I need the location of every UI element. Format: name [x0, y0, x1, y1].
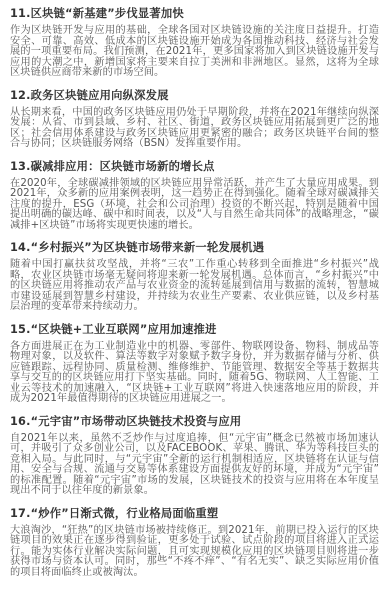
section-heading: 11.区块链“新基建”步伐显著加快	[10, 7, 379, 20]
section-14: 14.“乡村振兴”为区块链市场带来新一轮发展机遇 随着中国打赢扶贫攻坚战，并将“…	[10, 241, 379, 313]
section-17: 17.“炒作”日渐式微，行业格局面临重塑 大浪淘沙，“狂热”的区块链市场被持续修…	[10, 507, 379, 579]
section-heading: 16.“元宇宙”市场带动区块链技术投资与应用	[10, 415, 379, 428]
section-13: 13.碳减排应用：区块链市场新的增长点 在2020年，全球碳减排领域的区块链应用…	[10, 160, 379, 232]
section-body: 从长期来看，中国的政务区块链应用仍处于早期阶段，并将在2021年继续向纵深发展：…	[10, 108, 379, 150]
section-15: 15.“区块链+工业互联网”应用加速推进 各方面进展正在为工业制造业中的机器、零…	[10, 323, 379, 405]
section-16: 16.“元宇宙”市场带动区块链技术投资与应用 自2021年以来，虽然不乏炒作与过…	[10, 415, 379, 497]
section-heading: 15.“区块链+工业互联网”应用加速推进	[10, 323, 379, 336]
section-body: 自2021年以来，虽然不乏炒作与过度追捧，但“元宇宙”概念已然被市场加速认可，并…	[10, 434, 379, 497]
section-body: 大浪淘沙，“狂热”的区块链市场被持续修正。到2021年，前期已投入运行的区块链项…	[10, 526, 379, 579]
section-heading: 13.碳减排应用：区块链市场新的增长点	[10, 160, 379, 173]
section-body: 作为区块链开发与应用的基础，全球各国对区块链设施的关注度日益提升。打造安全、可靠…	[10, 26, 379, 79]
section-heading: 17.“炒作”日渐式微，行业格局面临重塑	[10, 507, 379, 520]
section-heading: 14.“乡村振兴”为区块链市场带来新一轮发展机遇	[10, 241, 379, 254]
section-body: 各方面进展正在为工业制造业中的机器、零部件、物联网设备、物料、制成品等物理对象，…	[10, 342, 379, 405]
section-body: 在2020年，全球碳减排领域的区块链应用异常活跃，并产生了大量应用成果。到202…	[10, 179, 379, 232]
section-body: 随着中国打赢扶贫攻坚战，并将“三农”工作重心转移到全面推进“乡村振兴”战略，农业…	[10, 260, 379, 313]
section-11: 11.区块链“新基建”步伐显著加快 作为区块链开发与应用的基础，全球各国对区块链…	[10, 7, 379, 79]
section-12: 12.政务区块链应用向纵深发展 从长期来看，中国的政务区块链应用仍处于早期阶段，…	[10, 89, 379, 150]
article-page: 11.区块链“新基建”步伐显著加快 作为区块链开发与应用的基础，全球各国对区块链…	[0, 0, 389, 600]
section-heading: 12.政务区块链应用向纵深发展	[10, 89, 379, 102]
